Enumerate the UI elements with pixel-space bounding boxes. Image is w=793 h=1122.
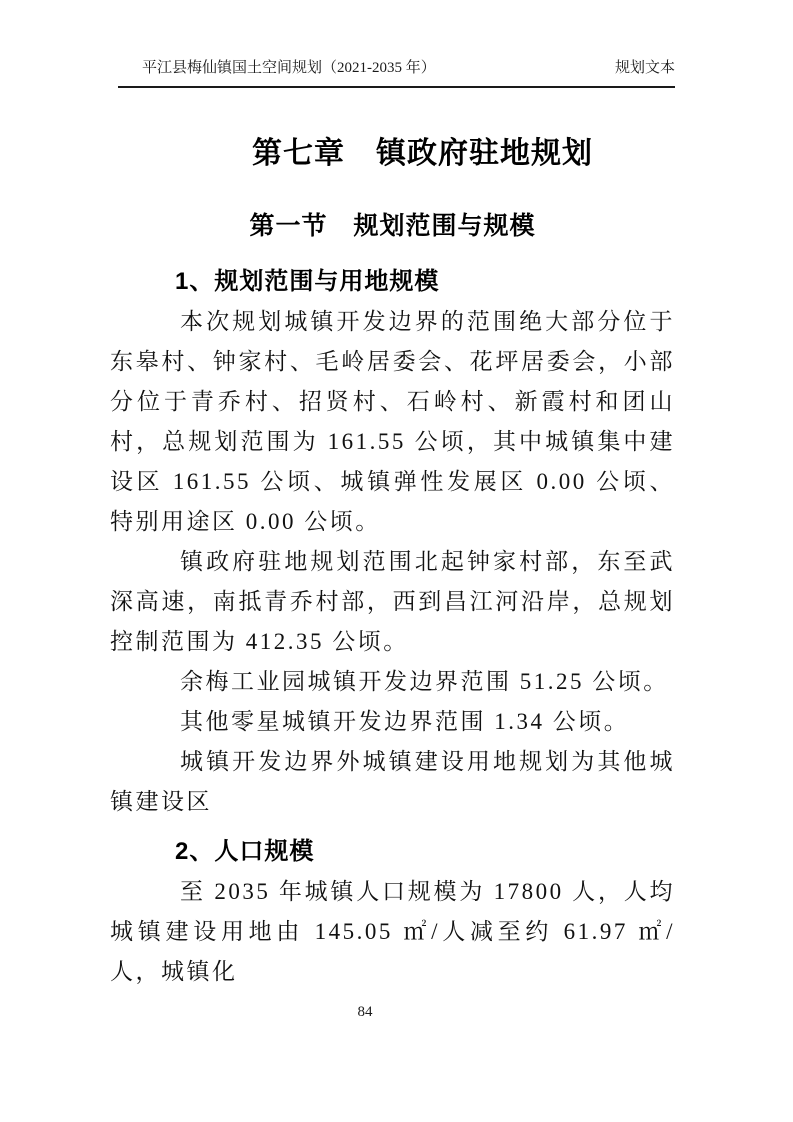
paragraph: 其他零星城镇开发边界范围 1.34 公顷。: [110, 702, 675, 742]
subheading-2: 2、人口规模: [110, 832, 675, 872]
paragraph: 本次规划城镇开发边界的范围绝大部分位于东皋村、钟家村、毛岭居委会、花坪居委会，小…: [110, 302, 675, 542]
header-left-text: 平江县梅仙镇国土空间规划（2021-2035 年）: [118, 58, 436, 78]
document-body: 1、规划范围与用地规模 本次规划城镇开发边界的范围绝大部分位于东皋村、钟家村、毛…: [110, 262, 675, 992]
page-number: 84: [110, 1002, 620, 1022]
paragraph: 镇政府驻地规划范围北起钟家村部，东至武深高速，南抵青乔村部，西到昌江河沿岸，总规…: [110, 542, 675, 662]
subheading-1: 1、规划范围与用地规模: [110, 262, 675, 302]
chapter-title: 第七章 镇政府驻地规划: [110, 134, 675, 174]
paragraph: 至 2035 年城镇人口规模为 17800 人，人均城镇建设用地由 145.05…: [110, 872, 675, 992]
paragraph: 城镇开发边界外城镇建设用地规划为其他城镇建设区: [110, 742, 675, 822]
document-page: 平江县梅仙镇国土空间规划（2021-2035 年） 规划文本 第七章 镇政府驻地…: [0, 0, 793, 1122]
page-header: 平江县梅仙镇国土空间规划（2021-2035 年） 规划文本: [118, 58, 675, 78]
paragraph: 余梅工业园城镇开发边界范围 51.25 公顷。: [110, 662, 675, 702]
header-right-text: 规划文本: [615, 58, 675, 78]
section-title: 第一节 规划范围与规模: [110, 210, 675, 242]
header-rule: [118, 86, 675, 88]
